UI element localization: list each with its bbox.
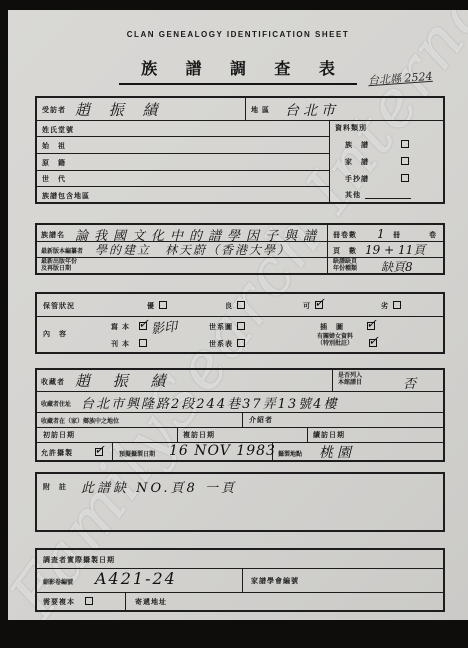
introducer-label: 介紹者 [249, 415, 273, 425]
sheet-header: CLAN GENEALOGY IDENTIFICATION SHEET [8, 30, 468, 39]
section-remarks: 附 註 此譜缺 NO.頁8 一頁 [35, 472, 445, 532]
manuscript-label: 寫 本 [111, 322, 130, 332]
lineage-chart-label: 世系圖 [209, 322, 233, 332]
lineage-chart-checkbox [237, 322, 245, 330]
surname-hall-label: 姓氏堂號 [42, 125, 74, 135]
section-basic-info: 受訪者 趙 振 績 地 區 台北市 姓氏堂號 始 祖 原 籍 世 代 族譜包含地… [35, 96, 445, 204]
paper: FamilySearch International CLAN GENEALOG… [8, 10, 468, 620]
volume-count-value: 1 [377, 227, 385, 241]
condition-good-label: 良 [225, 301, 233, 311]
section-filming-admin: 調查者實際攝製日期 縮影卷編號 A421-24 家譜學會編號 需要複本 寄遞地址 [35, 548, 445, 612]
volume-count-label: 冊卷數 [333, 230, 357, 240]
other-blank-line [365, 198, 411, 199]
women-data-label: 有關婦女資料（特別批註） [317, 334, 353, 348]
section-genealogy-details: 族譜名 論我國文化中的譜學因子與譜 最新版本編纂者 學的建立 林天蔚（香港大學）… [35, 223, 445, 275]
interviewee-label: 受訪者 [42, 105, 66, 115]
printed-edition-checkbox [139, 339, 147, 347]
category-option-clan-genealogy: 族 譜 [345, 140, 369, 150]
second-visit-label: 複訪日期 [183, 430, 215, 440]
women-data-checkbox [369, 339, 377, 347]
editor-label: 最新版本編纂者 [41, 246, 83, 255]
filming-place-value: 桃園 [319, 442, 355, 462]
covered-area-label: 族譜包含地區 [42, 191, 90, 201]
category-option-handcopied: 手抄譜 [345, 174, 369, 184]
publication-year-label: 最新出版年份及再版日期 [41, 259, 77, 273]
generations-label: 世 代 [42, 174, 66, 184]
actual-filming-date-label: 調查者實際攝製日期 [43, 555, 115, 565]
family-genealogy-checkbox [401, 157, 409, 165]
illustration-label: 插 圖 [320, 322, 344, 332]
copy-needed-label: 需要複本 [43, 597, 75, 607]
planned-filming-date-label: 預擬攝製日期 [119, 449, 155, 458]
mailing-address-label: 寄遞地址 [135, 597, 167, 607]
remarks-label: 附 註 [43, 482, 67, 492]
condition-fair-label: 可 [303, 301, 311, 311]
content-label: 內 容 [43, 329, 67, 339]
printed-edition-label: 刊 本 [111, 339, 130, 349]
followup-visit-label: 續訪日期 [313, 430, 345, 440]
category-option-family-genealogy: 家 譜 [345, 157, 369, 167]
interviewee-value: 趙 振 績 [75, 99, 158, 120]
missing-pages-value: 缺頁8 [381, 258, 413, 275]
first-ancestor-label: 始 祖 [42, 141, 66, 151]
manuscript-note-handwritten: 影印 [150, 316, 178, 338]
handcopied-checkbox [401, 174, 409, 182]
clan-position-label: 收藏者在（家）鄉族中之地位 [41, 416, 119, 425]
society-number-label: 家譜學會編號 [251, 576, 299, 586]
copy-needed-checkbox [85, 597, 93, 605]
data-category-label: 資料類別 [335, 123, 367, 133]
first-visit-label: 初訪日期 [43, 430, 75, 440]
condition-excellent-checkbox [159, 301, 167, 309]
scanned-sheet: FamilySearch International CLAN GENEALOG… [0, 0, 468, 648]
illustration-checkbox [367, 322, 375, 330]
filming-permission-label: 允許攝製 [41, 448, 73, 458]
collector-value: 趙 振 績 [75, 370, 166, 391]
lineage-table-checkbox [237, 339, 245, 347]
category-other-label: 其他 [345, 190, 361, 200]
manuscript-checkbox [139, 322, 147, 330]
planned-filming-date-value: 16 NOV 1983 [169, 443, 276, 459]
volume-unit-ce: 冊 [393, 230, 401, 240]
section-collector: 收藏者 趙 振 績 是否列入本館譜目 否 收藏者住址 台北市興隆路2段244巷3… [35, 368, 445, 462]
collector-address-value: 台北市興隆路2段244巷37弄13號4樓 [81, 393, 338, 412]
clan-genealogy-checkbox [401, 140, 409, 148]
collector-label: 收藏者 [41, 377, 65, 387]
condition-poor-checkbox [393, 301, 401, 309]
condition-excellent-label: 優 [147, 301, 155, 311]
section-condition-content: 保管狀況 優 良 可 劣 內 容 寫 本 影印 刊 本 世系圖 世系表 插 圖 … [35, 292, 445, 354]
condition-good-checkbox [237, 301, 245, 309]
remarks-value: 此譜缺 NO.頁8 一頁 [81, 477, 237, 496]
missing-pages-label: 缺譜缺頁年份種類 [333, 259, 357, 273]
listed-in-catalog-label: 是否列入本館譜目 [338, 373, 362, 387]
condition-poor-label: 劣 [381, 301, 389, 311]
condition-fair-checkbox [315, 301, 323, 309]
listed-in-catalog-value: 否 [403, 373, 416, 392]
region-value: 台北市 [285, 100, 339, 120]
editor-value: 學的建立 林天蔚（香港大學） [95, 241, 291, 258]
page-count-value: 19 + 11頁 [365, 241, 425, 258]
region-label: 地 區 [251, 105, 270, 115]
microfilm-reel-value: A421-24 [95, 569, 177, 588]
lineage-table-label: 世系表 [209, 339, 233, 349]
genealogy-title-label: 族譜名 [41, 230, 65, 240]
origin-label: 原 籍 [42, 158, 66, 168]
filming-place-label: 攝製地點 [278, 449, 302, 458]
volume-unit-juan: 卷 [429, 230, 437, 240]
collector-address-label: 收藏者住址 [41, 399, 71, 408]
filming-permission-checkbox [95, 448, 103, 456]
page-count-label: 頁 數 [333, 246, 357, 256]
corner-note-handwritten: 台北縣 2524 [368, 68, 433, 88]
microfilm-reel-label: 縮影卷編號 [43, 577, 73, 586]
condition-label: 保管狀況 [43, 301, 75, 311]
